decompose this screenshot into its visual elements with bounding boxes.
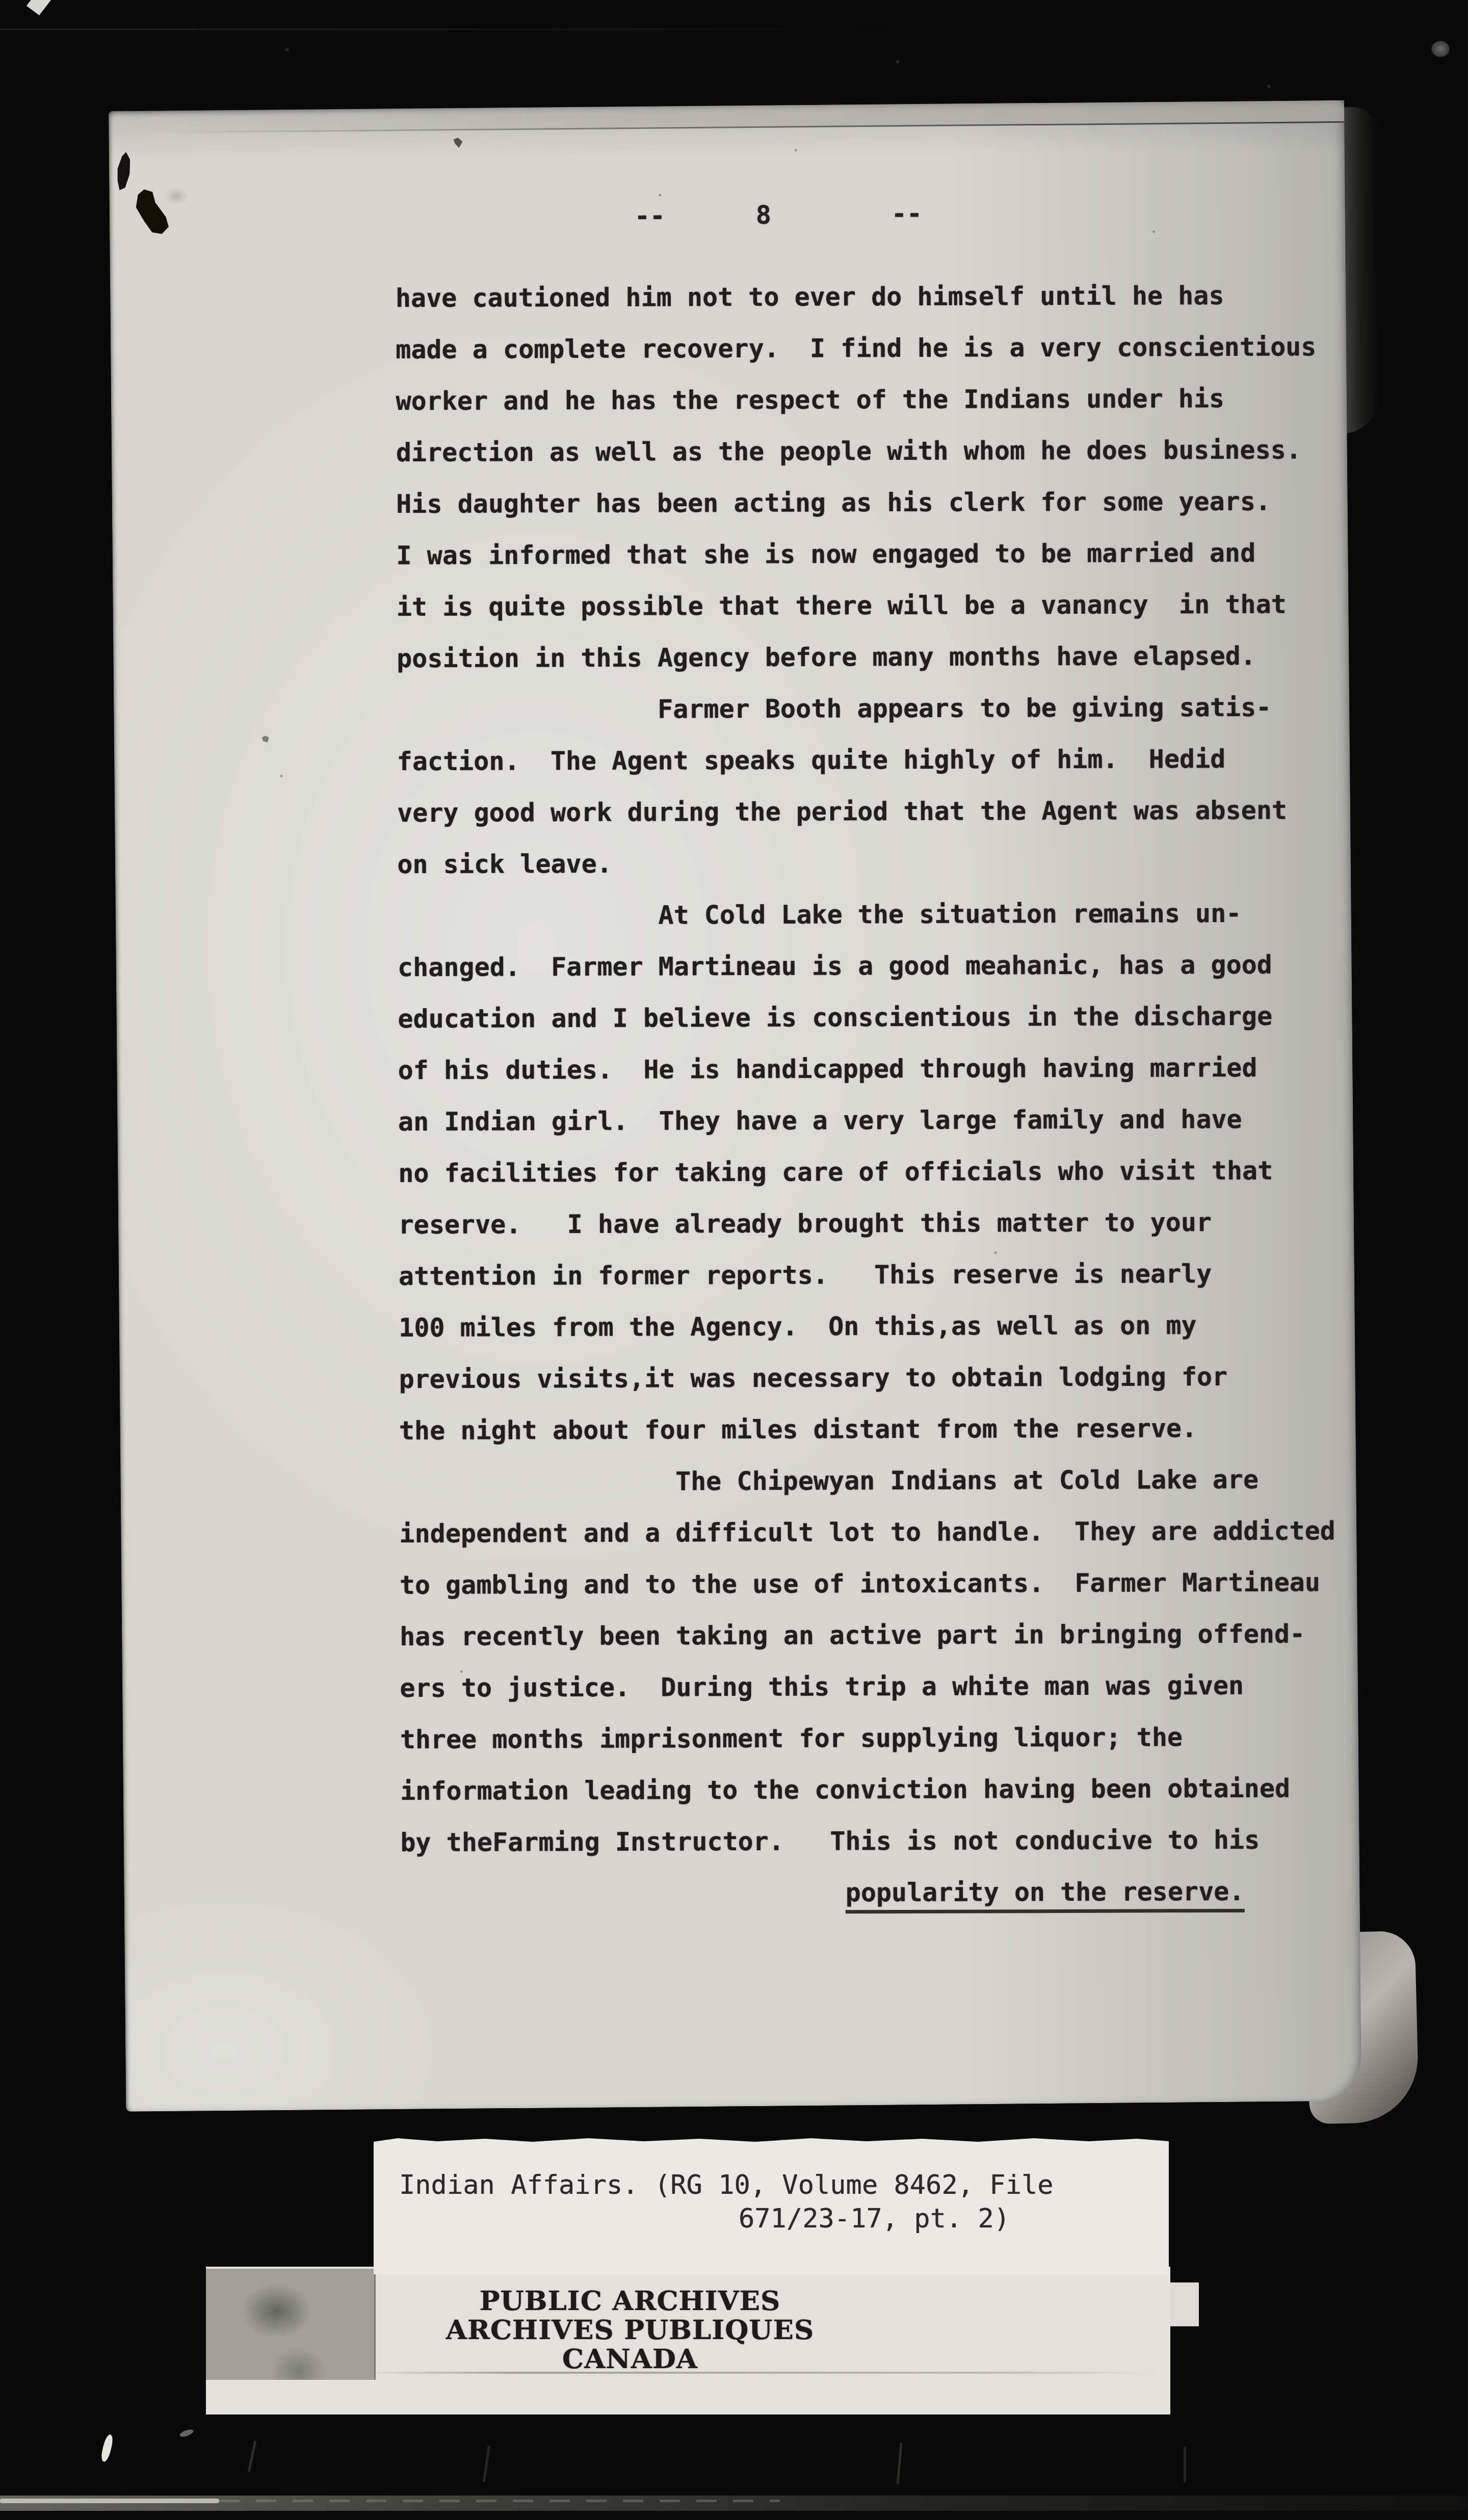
typed-line: made a complete recovery. I find he is a… [396, 321, 1359, 376]
typed-line: position in this Agency before many mont… [397, 630, 1360, 685]
typed-line-paragraph-start: The Chipewyan Indians at Cold Lake are [399, 1454, 1362, 1508]
page-number: 8 [756, 202, 772, 228]
film-scratch [483, 2446, 490, 2482]
typed-line: direction as well as the people with who… [396, 424, 1359, 479]
page-top-fold [158, 100, 1344, 133]
film-scratch [896, 2443, 902, 2484]
typed-line: on sick leave. [397, 836, 1360, 890]
film-scratch [1184, 2447, 1186, 2482]
ink-fleck [453, 138, 462, 148]
document-page: -- 8 -- have cautioned him not to ever d… [109, 100, 1361, 2112]
paper-speck [795, 149, 797, 151]
typed-text-block: have cautioned him not to ever do himsel… [396, 270, 1364, 1920]
page-header-dash-left: -- [635, 203, 666, 229]
stamp-strip-tab [1170, 2282, 1199, 2326]
film-bottom-dashed-scratch [219, 2500, 780, 2502]
typed-line: to gambling and to the use of intoxicant… [400, 1557, 1363, 1611]
film-dust-blob [1431, 41, 1450, 57]
typed-line: faction. The Agent speaks quite highly o… [397, 733, 1360, 787]
stamp-line-english: PUBLIC ARCHIVES [206, 2287, 1054, 2316]
film-bottom-bright-scratch [0, 2499, 219, 2503]
film-corner-speck [27, 0, 51, 15]
typed-line: no facilities for taking care of officia… [398, 1145, 1361, 1199]
film-dust-speck [1267, 85, 1271, 88]
underlined-text: popularity on the reserve. [846, 1877, 1245, 1913]
typed-line: has recently been taking an active part … [400, 1608, 1363, 1663]
typed-line: an Indian girl. They have a very large f… [398, 1093, 1361, 1148]
typed-line: ers to justice. During this trip a white… [400, 1660, 1363, 1714]
stamp-line-french: ARCHIVES PUBLIQUES [206, 2316, 1054, 2345]
ink-smudge [165, 188, 188, 204]
film-seam-line [0, 29, 892, 30]
typed-line: very good work during the period that th… [397, 784, 1360, 839]
ink-blot [114, 151, 132, 191]
archive-reference-line-2: 671/23-17, pt. 2) [739, 2204, 1010, 2234]
typed-line: I was informed that she is now engaged t… [396, 527, 1359, 582]
typed-line: attention in former reports. This reserv… [399, 1248, 1362, 1302]
paper-speck [280, 775, 282, 777]
page-header-dash-right: -- [892, 201, 923, 227]
film-dust-speck [896, 60, 899, 63]
paper-speck [659, 194, 661, 197]
typed-line: the night about four miles distant from … [399, 1402, 1362, 1457]
typed-line-underlined: popularity on the reserve. [401, 1866, 1364, 1920]
typed-line: previous visits,it was necessary to obta… [399, 1351, 1362, 1405]
typed-line: independent and a difficult lot to handl… [399, 1505, 1362, 1560]
page-fold-crease-line [158, 121, 1344, 133]
typed-line: 100 miles from the Agency. On this,as we… [399, 1299, 1362, 1354]
archive-reference-label: Indian Affairs. (RG 10, Volume 8462, Fil… [374, 2137, 1169, 2274]
archive-reference-line-1: Indian Affairs. (RG 10, Volume 8462, Fil… [399, 2170, 1054, 2200]
film-scratch-white [100, 2434, 115, 2462]
typed-line: changed. Farmer Martineau is a good meah… [398, 939, 1361, 993]
ink-fleck [262, 736, 269, 742]
ink-blot [134, 189, 169, 234]
typed-line: by theFarming Instructor. This is not co… [400, 1814, 1364, 1869]
film-scratch-gray [179, 2428, 194, 2438]
typed-line: education and I believe is conscientious… [398, 990, 1361, 1045]
microfilm-frame: -- 8 -- have cautioned him not to ever d… [0, 0, 1468, 2520]
public-archives-stamp: PUBLIC ARCHIVES ARCHIVES PUBLIQUES CANAD… [206, 2287, 1054, 2374]
film-dust-speck [285, 48, 289, 51]
typed-line-paragraph-start: At Cold Lake the situation remains un- [398, 887, 1361, 942]
typed-line: reserve. I have already brought this mat… [399, 1196, 1362, 1251]
paper-speck [1152, 230, 1155, 233]
typed-line: information leading to the conviction ha… [400, 1763, 1364, 1817]
film-bottom-band [0, 2496, 1468, 2511]
typed-line-paragraph-start: Farmer Booth appears to be giving satis- [397, 681, 1360, 736]
typed-line: His daughter has been acting as his cler… [396, 476, 1359, 530]
film-scratch [248, 2440, 257, 2472]
typed-line: worker and he has the respect of the Ind… [396, 373, 1359, 427]
typed-line: three months imprisonment for supplying … [400, 1711, 1364, 1766]
typed-line: it is quite possible that there will be … [397, 579, 1360, 633]
stamp-line-canada: CANADA [206, 2345, 1054, 2374]
typed-line: have cautioned him not to ever do himsel… [396, 270, 1359, 324]
typed-line: of his duties. He is handicapped through… [398, 1042, 1361, 1096]
